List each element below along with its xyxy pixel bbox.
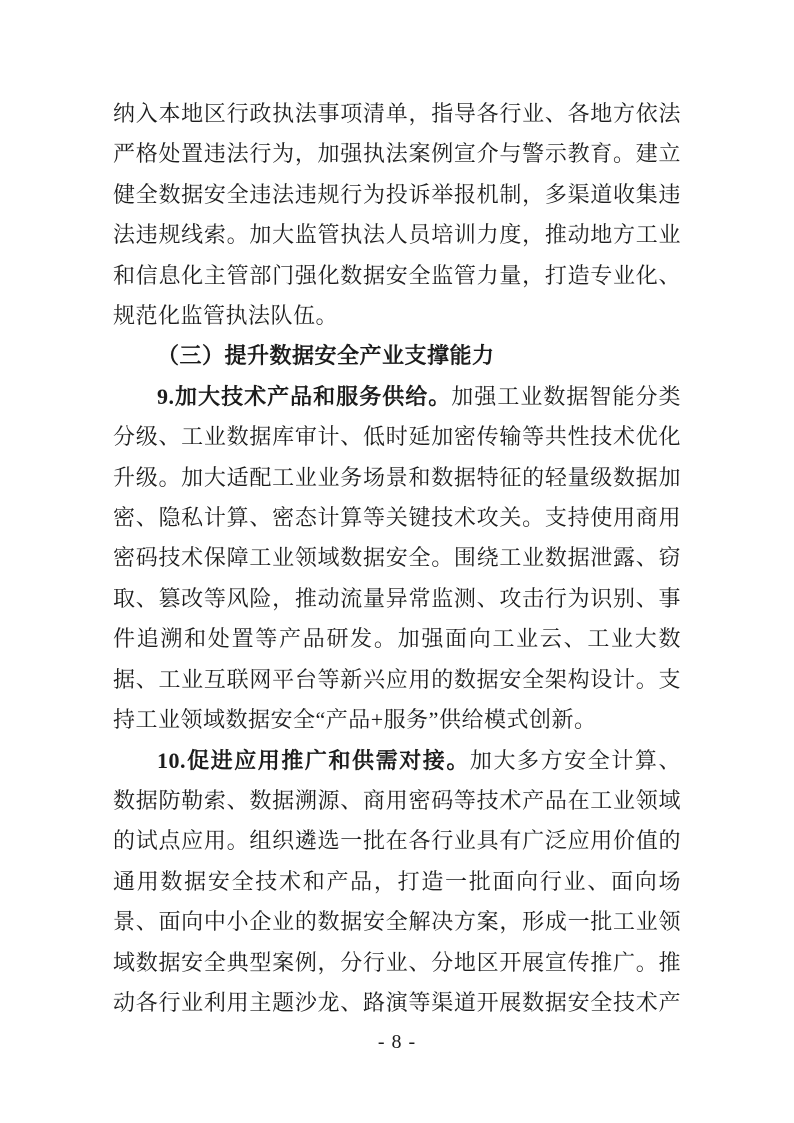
- document-body: 纳入本地区行政执法事项清单，指导各行业、各地方依法严格处置违法行为，加强执法案例…: [113, 94, 681, 1026]
- item-9-text: 加强工业数据智能分类分级、工业数据库审计、低时延加密传输等共性技术优化升级。加大…: [113, 384, 681, 732]
- paragraph-item-9: 9.加大技术产品和服务供给。加强工业数据智能分类分级、工业数据库审计、低时延加密…: [113, 377, 681, 741]
- document-page: 纳入本地区行政执法事项清单，指导各行业、各地方依法严格处置违法行为，加强执法案例…: [0, 0, 794, 1123]
- page-number: - 8 -: [0, 1031, 794, 1054]
- item-10-lead: 10.促进应用推广和供需对接。: [157, 748, 470, 773]
- paragraph-item-10: 10.促进应用推广和供需对接。加大多方安全计算、数据防勒索、数据溯源、商用密码等…: [113, 741, 681, 1027]
- paragraph-text: 纳入本地区行政执法事项清单，指导各行业、各地方依法严格处置违法行为，加强执法案例…: [113, 101, 681, 328]
- item-9-lead: 9.加大技术产品和服务供给。: [157, 384, 451, 409]
- item-10-text: 加大多方安全计算、数据防勒索、数据溯源、商用密码等技术产品在工业领域的试点应用。…: [113, 748, 681, 1027]
- section-heading: （三）提升数据安全产业支撑能力: [113, 336, 681, 376]
- paragraph-continuation: 纳入本地区行政执法事项清单，指导各行业、各地方依法严格处置违法行为，加强执法案例…: [113, 94, 681, 336]
